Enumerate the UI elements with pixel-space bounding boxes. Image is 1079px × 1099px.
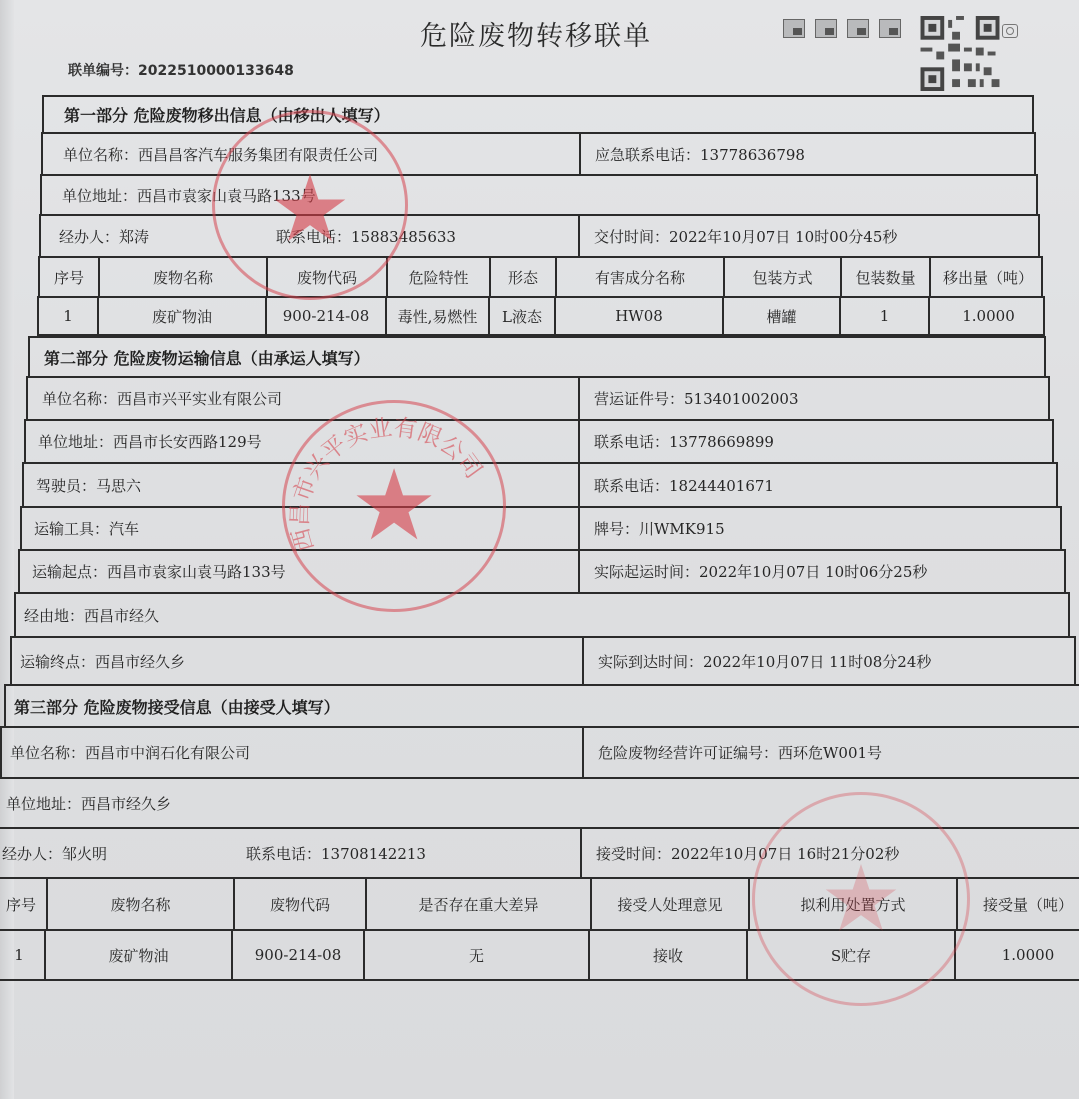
part2-destination-row: 运输终点：西昌市经久乡 实际到达时间：2022年10月07日 11时08分24秒 (10, 636, 1076, 684)
part3-cell-col-4: 接收 (588, 931, 746, 979)
part2-via: 经由地：西昌市经久 (24, 594, 159, 636)
part3-header-col-3: 是否存在重大差异 (365, 879, 590, 929)
part3-receive-time: 接受时间：2022年10月07日 16时21分02秒 (580, 829, 899, 877)
gallery-icon (847, 19, 869, 38)
part1-header-col-4: 形态 (489, 258, 555, 296)
part3-cell-col-6: 1.0000 (954, 931, 1079, 979)
part3-table-row: 1废矿物油900-214-08无接收S贮存1.0000 (0, 929, 1079, 981)
part3-table-header: 序号废物名称废物代码是否存在重大差异接受人处理意见拟利用处置方式接受量（吨） (0, 877, 1079, 929)
part2-license-no: 营运证件号：513401002003 (578, 378, 799, 419)
image-icon (783, 19, 805, 38)
part1-cell-col-8: 1.0000 (928, 298, 1047, 334)
part3-cell-col-3: 无 (363, 931, 588, 979)
part1-cell-col-3: 毒性,易燃性 (385, 298, 488, 334)
part1-emergency-phone: 应急联系电话：13778636798 (579, 134, 805, 174)
part1-header-col-3: 危险特性 (386, 258, 489, 296)
part2-via-row: 经由地：西昌市经久 (14, 592, 1070, 636)
part2-heading: 第二部分 危险废物运输信息（由承运人填写） (44, 338, 370, 376)
part1-handover-time: 交付时间：2022年10月07日 10时00分45秒 (578, 216, 897, 256)
part1-header-col-5: 有害成分名称 (555, 258, 723, 296)
part2-driver: 驾驶员：马思六 (36, 464, 141, 506)
part2-origin-row: 运输起点：西昌市袁家山袁马路133号 实际起运时间：2022年10月07日 10… (18, 549, 1066, 592)
part3-heading: 第三部分 危险废物接受信息（由接受人填写） (14, 686, 340, 726)
part1-cell-col-7: 1 (839, 298, 928, 334)
part3-unit-name: 单位名称：西昌市中润石化有限公司 (10, 728, 250, 777)
part2-vehicle-row: 运输工具：汽车 牌号：川WMK915 (20, 506, 1062, 549)
part1-header-col-1: 废物名称 (98, 258, 266, 296)
part2-arrival-time: 实际到达时间：2022年10月07日 11时08分24秒 (582, 638, 931, 684)
part2-unit-name: 单位名称：西昌市兴平实业有限公司 (42, 378, 282, 419)
part1-unit-row: 单位名称：西昌昌客汽车服务集团有限责任公司 应急联系电话：13778636798 (41, 132, 1036, 174)
part2-vehicle: 运输工具：汽车 (34, 508, 139, 549)
part1-heading-row: 第一部分 危险废物移出信息（由移出人填写） (42, 95, 1034, 132)
part2-plate: 牌号：川WMK915 (578, 508, 725, 549)
page-title: 危险废物转移联单 (420, 14, 652, 53)
part1-header-col-7: 包装数量 (840, 258, 929, 296)
part1-cell-col-5: HW08 (554, 298, 722, 334)
part2-origin: 运输起点：西昌市袁家山袁马路133号 (32, 551, 286, 592)
part1-table-row: 1废矿物油900-214-08毒性,易燃性L液态HW08槽罐11.0000 (37, 296, 1045, 336)
qr-code-icon (920, 16, 1000, 91)
part3-header-col-2: 废物代码 (233, 879, 365, 929)
part3-header-col-4: 接受人处理意见 (590, 879, 748, 929)
part1-heading: 第一部分 危险废物移出信息（由移出人填写） (64, 97, 390, 132)
part1-handler-row: 经办人：郑涛 联系电话：15883485633 交付时间：2022年10月07日… (39, 214, 1040, 256)
part3-unit-address: 单位地址：西昌市经久乡 (6, 779, 171, 827)
part3-header-col-1: 废物名称 (46, 879, 233, 929)
printed-icon-strip (783, 19, 901, 38)
manifest-number-value: 2022510000133648 (138, 63, 294, 79)
part2-driver-phone: 联系电话：18244401671 (578, 464, 774, 506)
part3-header-col-0: 序号 (0, 879, 46, 929)
part1-unit-name: 单位名称：西昌昌客汽车服务集团有限责任公司 (63, 134, 378, 174)
part2-unit-row: 单位名称：西昌市兴平实业有限公司 营运证件号：513401002003 (26, 376, 1050, 419)
part1-table-header: 序号废物名称废物代码危险特性形态有害成分名称包装方式包装数量移出量（吨） (38, 256, 1043, 296)
manifest-number-label: 联单编号： (68, 63, 138, 79)
part3-handler-phone: 联系电话：13708142213 (246, 829, 426, 877)
part3-cell-col-1: 废矿物油 (44, 931, 231, 979)
part1-cell-col-0: 1 (39, 298, 97, 334)
part3-header-col-5: 拟利用处置方式 (748, 879, 956, 929)
part2-departure-time: 实际起运时间：2022年10月07日 10时06分25秒 (578, 551, 927, 592)
part3-cell-col-0: 1 (0, 931, 44, 979)
part1-handler: 经办人：郑涛 (59, 216, 149, 256)
document-icon (815, 19, 837, 38)
part2-unit-address: 单位地址：西昌市长安西路129号 (38, 421, 262, 462)
part1-cell-col-2: 900-214-08 (265, 298, 385, 334)
picture-icon (879, 19, 901, 38)
part2-heading-row: 第二部分 危险废物运输信息（由承运人填写） (28, 336, 1046, 376)
part3-permit-no: 危险废物经营许可证编号：西环危W001号 (582, 728, 882, 777)
part1-unit-address: 单位地址：西昌市袁家山袁马路133号 (62, 176, 316, 214)
part3-header-col-6: 接受量（吨） (956, 879, 1079, 929)
part3-cell-col-5: S贮存 (746, 931, 954, 979)
part1-header-col-0: 序号 (40, 258, 98, 296)
part3-cell-col-2: 900-214-08 (231, 931, 363, 979)
part2-destination: 运输终点：西昌市经久乡 (20, 638, 185, 684)
part3-address-row: 单位地址：西昌市经久乡 (0, 777, 1079, 827)
part1-header-col-2: 废物代码 (266, 258, 386, 296)
manifest-number: 联单编号：2022510000133648 (68, 60, 294, 80)
part2-address-row: 单位地址：西昌市长安西路129号 联系电话：13778669899 (24, 419, 1054, 462)
part1-cell-col-4: L液态 (488, 298, 554, 334)
part1-address-row: 单位地址：西昌市袁家山袁马路133号 (40, 174, 1038, 214)
part1-header-col-8: 移出量（吨） (929, 258, 1045, 296)
part1-cell-col-6: 槽罐 (722, 298, 839, 334)
part2-contact-phone: 联系电话：13778669899 (578, 421, 774, 462)
part1-header-col-6: 包装方式 (723, 258, 840, 296)
part2-driver-row: 驾驶员：马思六 联系电话：18244401671 (22, 462, 1058, 506)
part3-handler-row: 经办人：邹火明 联系电话：13708142213 接受时间：2022年10月07… (0, 827, 1079, 877)
part1-cell-col-1: 废矿物油 (97, 298, 265, 334)
part3-handler: 经办人：邹火明 (2, 829, 107, 877)
part1-handler-phone: 联系电话：15883485633 (276, 216, 456, 256)
part3-heading-row: 第三部分 危险废物接受信息（由接受人填写） (4, 684, 1079, 726)
part3-unit-row: 单位名称：西昌市中润石化有限公司 危险废物经营许可证编号：西环危W001号 (0, 726, 1079, 777)
camera-icon (1002, 24, 1018, 38)
